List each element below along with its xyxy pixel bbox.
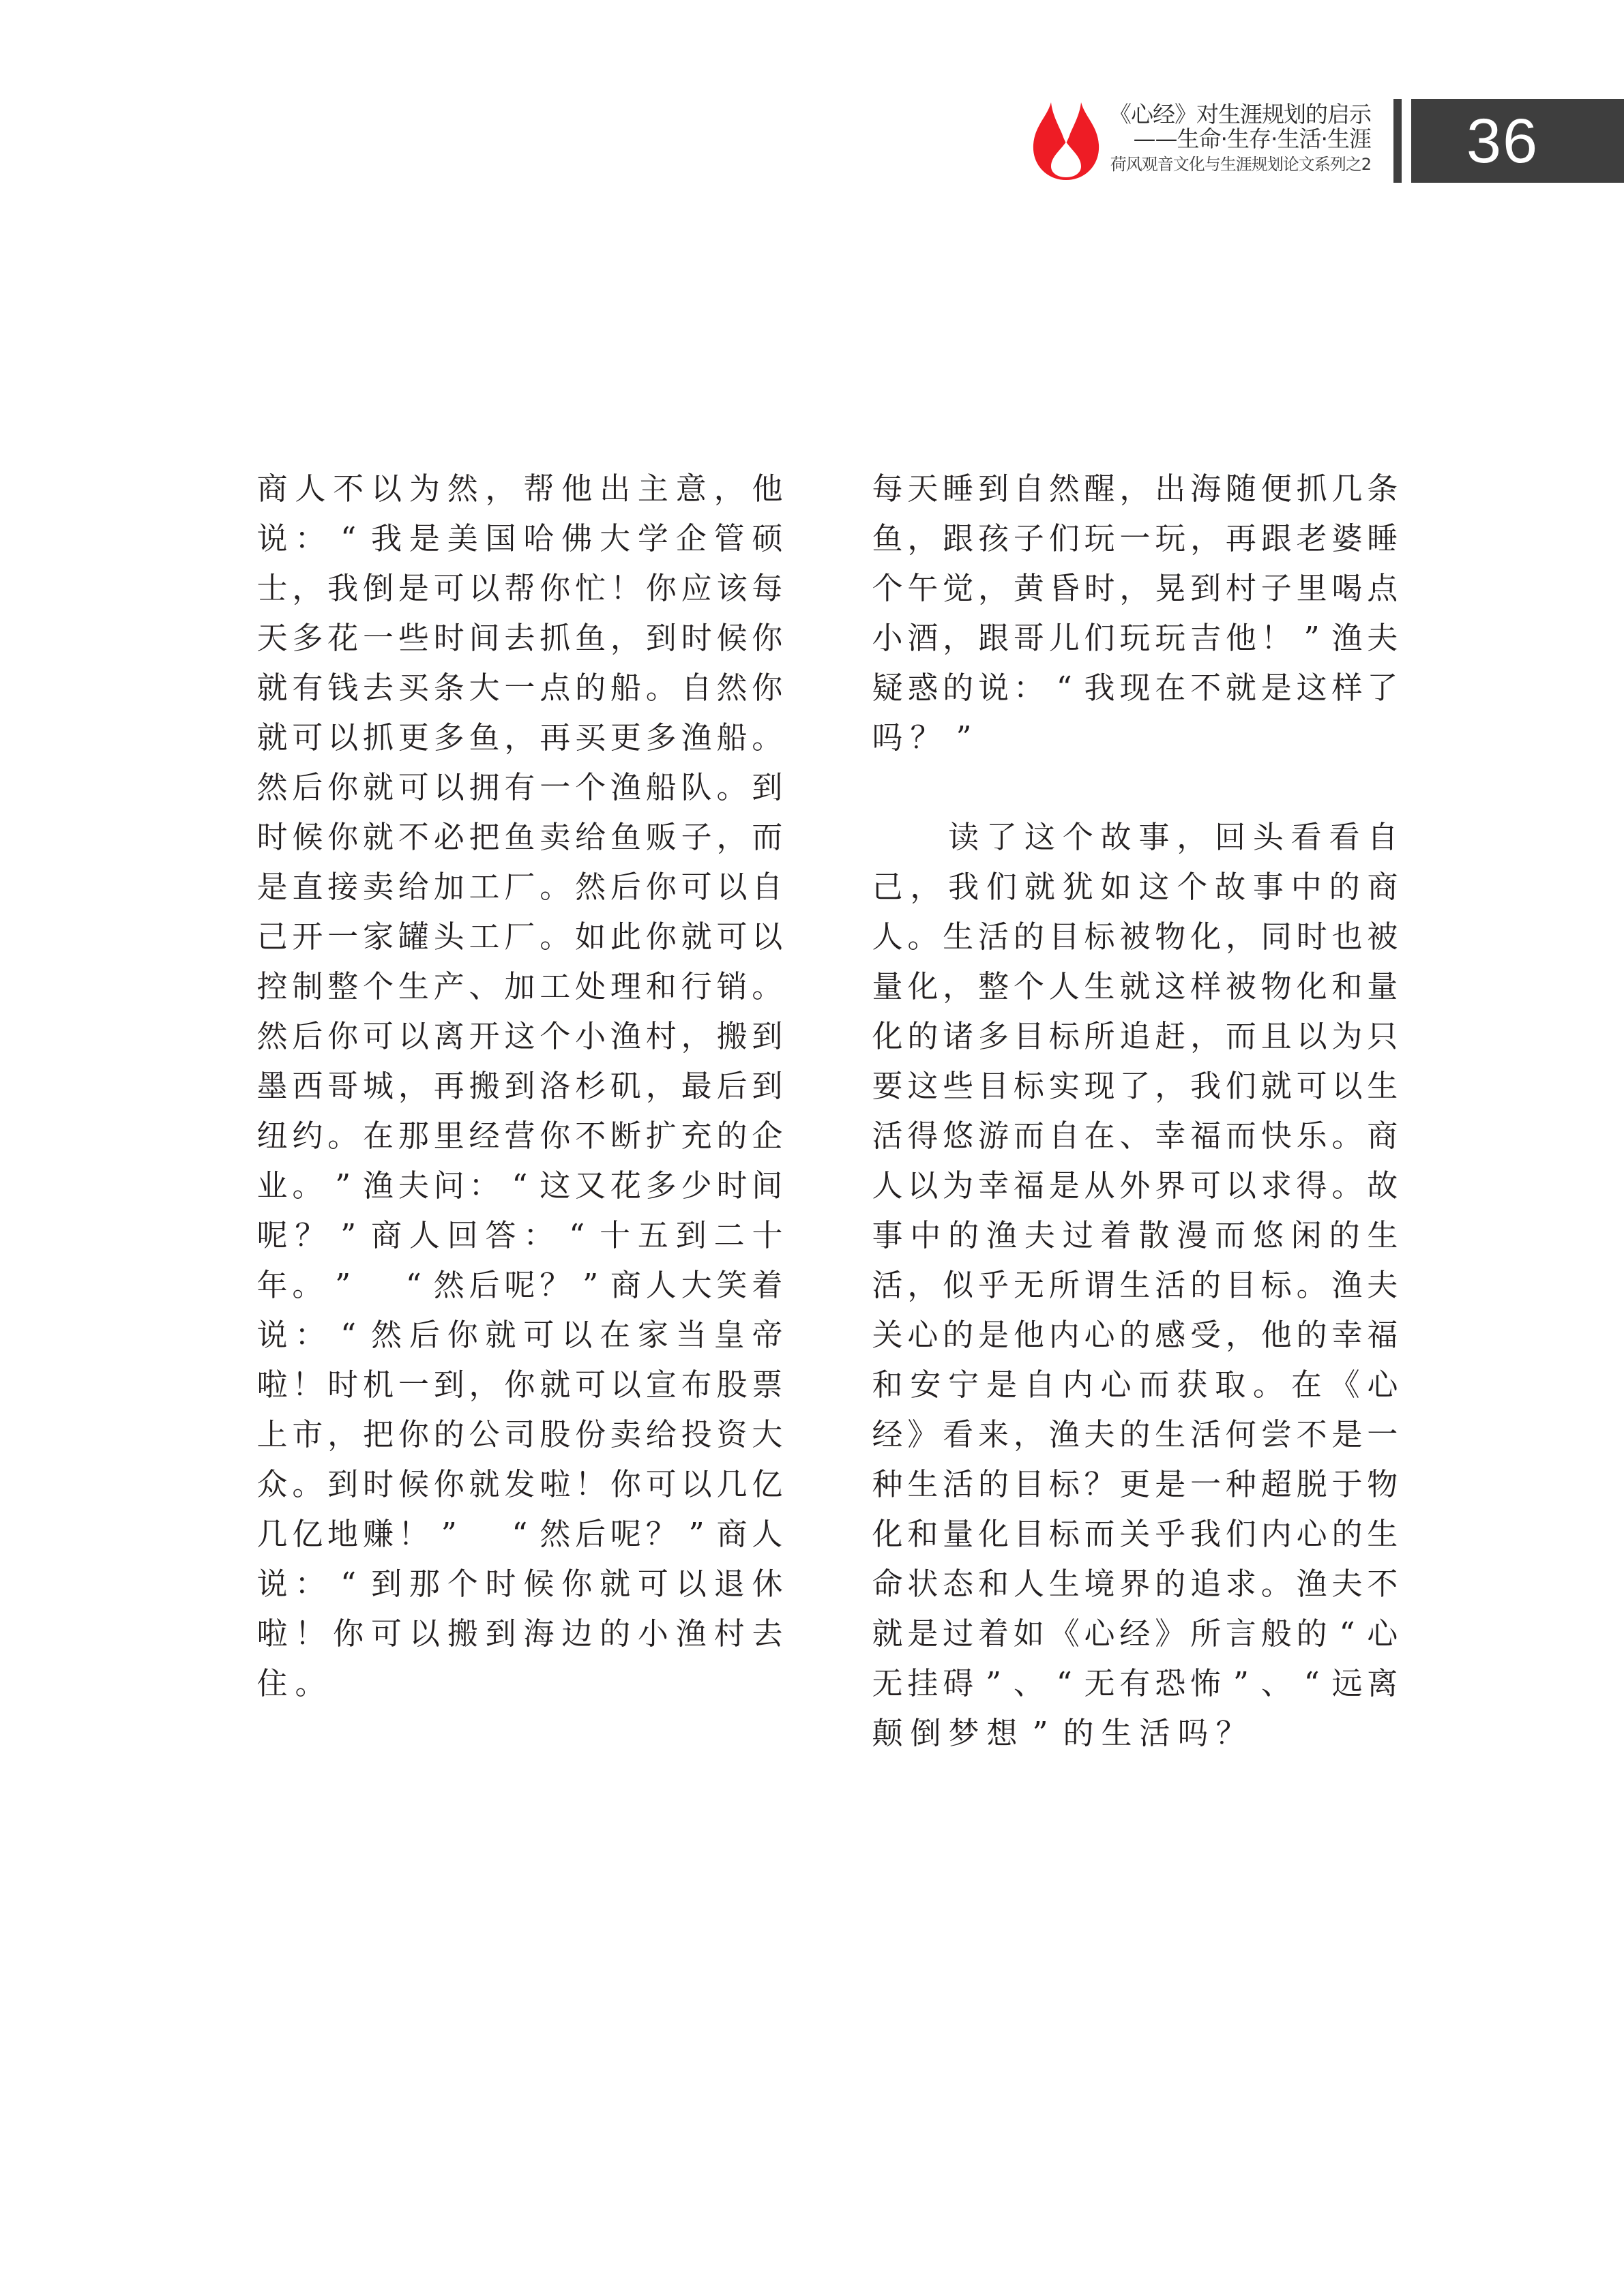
text-line: 经》看来，渔夫的生活何尝不是一 [872, 1410, 1398, 1459]
paragraph: 商人不以为然，帮他出主意，他说：“我是美国哈佛大学企管硕士，我倒是可以帮你忙！你… [256, 464, 783, 1708]
text-line: 人以为幸福是从外界可以求得。故 [872, 1161, 1398, 1210]
text-line: 就可以抓更多鱼，再买更多渔船。 [256, 713, 783, 762]
text-line: 几亿地赚！” “然后呢？”商人 [256, 1509, 783, 1559]
text-line: 和安宁是自内心而获取。在《心 [872, 1360, 1398, 1410]
text-line: 说：“然后你就可以在家当皇帝 [256, 1310, 783, 1360]
text-line: 人。生活的目标被物化，同时也被 [872, 912, 1398, 961]
text-line: 读了这个故事，回头看看自 [872, 812, 1398, 862]
text-line: 事中的渔夫过着散漫而悠闲的生 [872, 1210, 1398, 1260]
text-line: 天多花一些时间去抓鱼，到时候你 [256, 613, 783, 663]
text-line: 要这些目标实现了，我们就可以生 [872, 1061, 1398, 1111]
text-line: 化和量化目标而关乎我们内心的生 [872, 1509, 1398, 1559]
text-line: 年。” “然后呢？”商人大笑着 [256, 1260, 783, 1310]
text-line: 墨西哥城，再搬到洛杉矶，最后到 [256, 1061, 783, 1111]
article-subtitle: ——生命·生存·生活·生涯 [1098, 127, 1371, 151]
text-line: 然后你可以离开这个小渔村，搬到 [256, 1011, 783, 1061]
page-number: 36 [1466, 110, 1539, 173]
text-line: 疑惑的说：“我现在不就是这样了 [872, 663, 1398, 713]
text-line: 活得悠游而自在、幸福而快乐。商 [872, 1111, 1398, 1161]
text-line: 业。”渔夫问：“这又花多少时间 [256, 1161, 783, 1210]
text-line: 小酒，跟哥儿们玩玩吉他！”渔夫 [872, 613, 1398, 663]
paragraph: 每天睡到自然醒，出海随便抓几条鱼，跟孩子们玩一玩，再跟老婆睡个午觉，黄昏时，晃到… [872, 464, 1398, 762]
text-line: 是直接卖给加工厂。然后你可以自 [256, 862, 783, 912]
text-line: 种生活的目标？更是一种超脱于物 [872, 1459, 1398, 1509]
header-divider-bar [1393, 99, 1402, 183]
text-line: 纽约。在那里经营你不断扩充的企 [256, 1111, 783, 1161]
text-line: 颠倒梦想”的生活吗？ [872, 1708, 1398, 1758]
text-line: 时候你就不必把鱼卖给鱼贩子，而 [256, 812, 783, 862]
text-line: 呢？”商人回答：“十五到二十 [256, 1210, 783, 1260]
right-column: 每天睡到自然醒，出海随便抓几条鱼，跟孩子们玩一玩，再跟老婆睡个午觉，黄昏时，晃到… [872, 464, 1398, 1758]
paragraph-gap [872, 762, 1398, 812]
article-title: 《心经》对生涯规划的启示 [1098, 102, 1371, 127]
text-line: 吗？” [872, 713, 1398, 762]
text-line: 命状态和人生境界的追求。渔夫不 [872, 1559, 1398, 1609]
text-line: 众。到时候你就发啦！你可以几亿 [256, 1459, 783, 1509]
page-number-box: 36 [1411, 99, 1624, 183]
text-line: 量化，整个人生就这样被物化和量 [872, 961, 1398, 1011]
text-line: 住。 [256, 1658, 783, 1708]
lotus-flame-logo-icon [1032, 102, 1100, 184]
paragraph: 读了这个故事，回头看看自己，我们就犹如这个故事中的商人。生活的目标被物化，同时也… [872, 812, 1398, 1758]
text-line: 就有钱去买条大一点的船。自然你 [256, 663, 783, 713]
text-line: 鱼，跟孩子们玩一玩，再跟老婆睡 [872, 513, 1398, 563]
text-line: 然后你就可以拥有一个渔船队。到 [256, 762, 783, 812]
text-line: 无挂碍”、“无有恐怖”、“远离 [872, 1658, 1398, 1708]
text-line: 士，我倒是可以帮你忙！你应该每 [256, 563, 783, 613]
text-line: 说：“我是美国哈佛大学企管硕 [256, 513, 783, 563]
text-line: 商人不以为然，帮他出主意，他 [256, 464, 783, 513]
text-line: 关心的是他内心的感受，他的幸福 [872, 1310, 1398, 1360]
text-line: 控制整个生产、加工处理和行销。 [256, 961, 783, 1011]
text-line: 己开一家罐头工厂。如此你就可以 [256, 912, 783, 961]
text-line: 化的诸多目标所追赶，而且以为只 [872, 1011, 1398, 1061]
text-line: 己，我们就犹如这个故事中的商 [872, 862, 1398, 912]
text-line: 每天睡到自然醒，出海随便抓几条 [872, 464, 1398, 513]
text-line: 活，似乎无所谓生活的目标。渔夫 [872, 1260, 1398, 1310]
text-line: 个午觉，黄昏时，晃到村子里喝点 [872, 563, 1398, 613]
text-line: 说：“到那个时候你就可以退休 [256, 1559, 783, 1609]
series-label: 荷风观音文化与生涯规划论文系列之2 [1098, 154, 1371, 175]
text-line: 上市，把你的公司股份卖给投资大 [256, 1410, 783, 1459]
text-line: 啦！时机一到，你就可以宣布股票 [256, 1360, 783, 1410]
header-titles: 《心经》对生涯规划的启示 ——生命·生存·生活·生涯 荷风观音文化与生涯规划论文… [1098, 102, 1371, 175]
left-column: 商人不以为然，帮他出主意，他说：“我是美国哈佛大学企管硕士，我倒是可以帮你忙！你… [256, 464, 783, 1708]
text-line: 啦！你可以搬到海边的小渔村去 [256, 1609, 783, 1658]
text-line: 就是过着如《心经》所言般的“心 [872, 1609, 1398, 1658]
